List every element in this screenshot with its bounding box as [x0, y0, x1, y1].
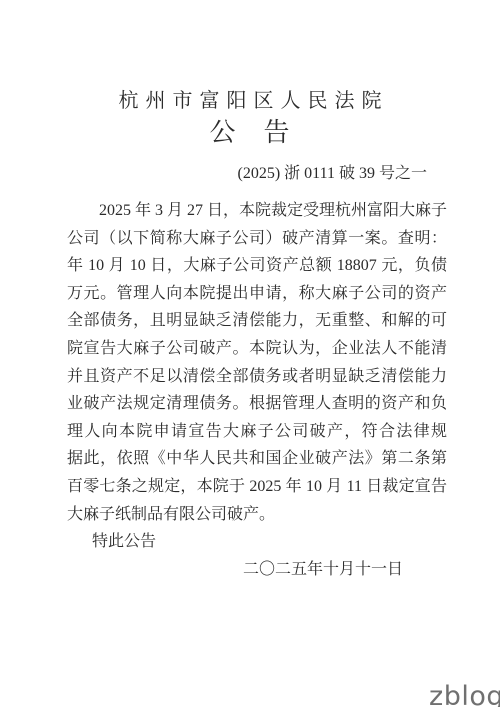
- court-announcement-page: 杭州市富阳区人民法院 公 告 (2025) 浙 0111 破 39 号之一 20…: [0, 0, 500, 707]
- issue-date: 二〇二五年十月十一日: [67, 556, 447, 584]
- body-line: 公司（以下简称大麻子公司）破产清算一案。查明：截至 2025: [67, 225, 447, 253]
- body-line: 并且资产不足以清偿全部债务或者明显缺乏清偿能力的，依照企: [67, 363, 447, 391]
- announcement-body: 2025 年 3 月 27 日，本院裁定受理杭州富阳大麻子食品有限 公司（以下简…: [67, 197, 447, 583]
- court-name-heading: 杭州市富阳区人民法院: [0, 84, 500, 113]
- body-line: 业破产法规定清理债务。根据管理人查明的资产和负债情况，管: [67, 390, 447, 418]
- document-title: 公 告: [0, 112, 500, 149]
- body-line: 院宣告大麻子公司破产。本院认为，企业法人不能清偿到期债务，: [67, 335, 447, 363]
- body-line: 大麻子纸制品有限公司破产。: [67, 501, 447, 529]
- body-line: 百零七条之规定，本院于 2025 年 10 月 11 日裁定宣告杭州富阳: [67, 473, 447, 501]
- body-line: 万元。管理人向本院提出申请，称大麻子公司的资产不足以清偿: [67, 280, 447, 308]
- body-line: 全部债务，且明显缺乏清偿能力，无重整、和解的可能性,请求本: [67, 307, 447, 335]
- body-line: 据此，依照《中华人民共和国企业破产法》第二条第一款和第一: [67, 445, 447, 473]
- watermark-logo: zblog: [429, 683, 500, 707]
- body-line: 年 10 月 10 日，大麻子公司资产总额 18807 元，负债总额约 125: [67, 252, 447, 280]
- body-line: 2025 年 3 月 27 日，本院裁定受理杭州富阳大麻子食品有限: [67, 197, 447, 225]
- body-line: 理人向本院申请宣告大麻子公司破产，符合法律规定，应予准许。: [67, 418, 447, 446]
- closing-phrase: 特此公告: [67, 528, 447, 556]
- case-number: (2025) 浙 0111 破 39 号之一: [67, 160, 447, 183]
